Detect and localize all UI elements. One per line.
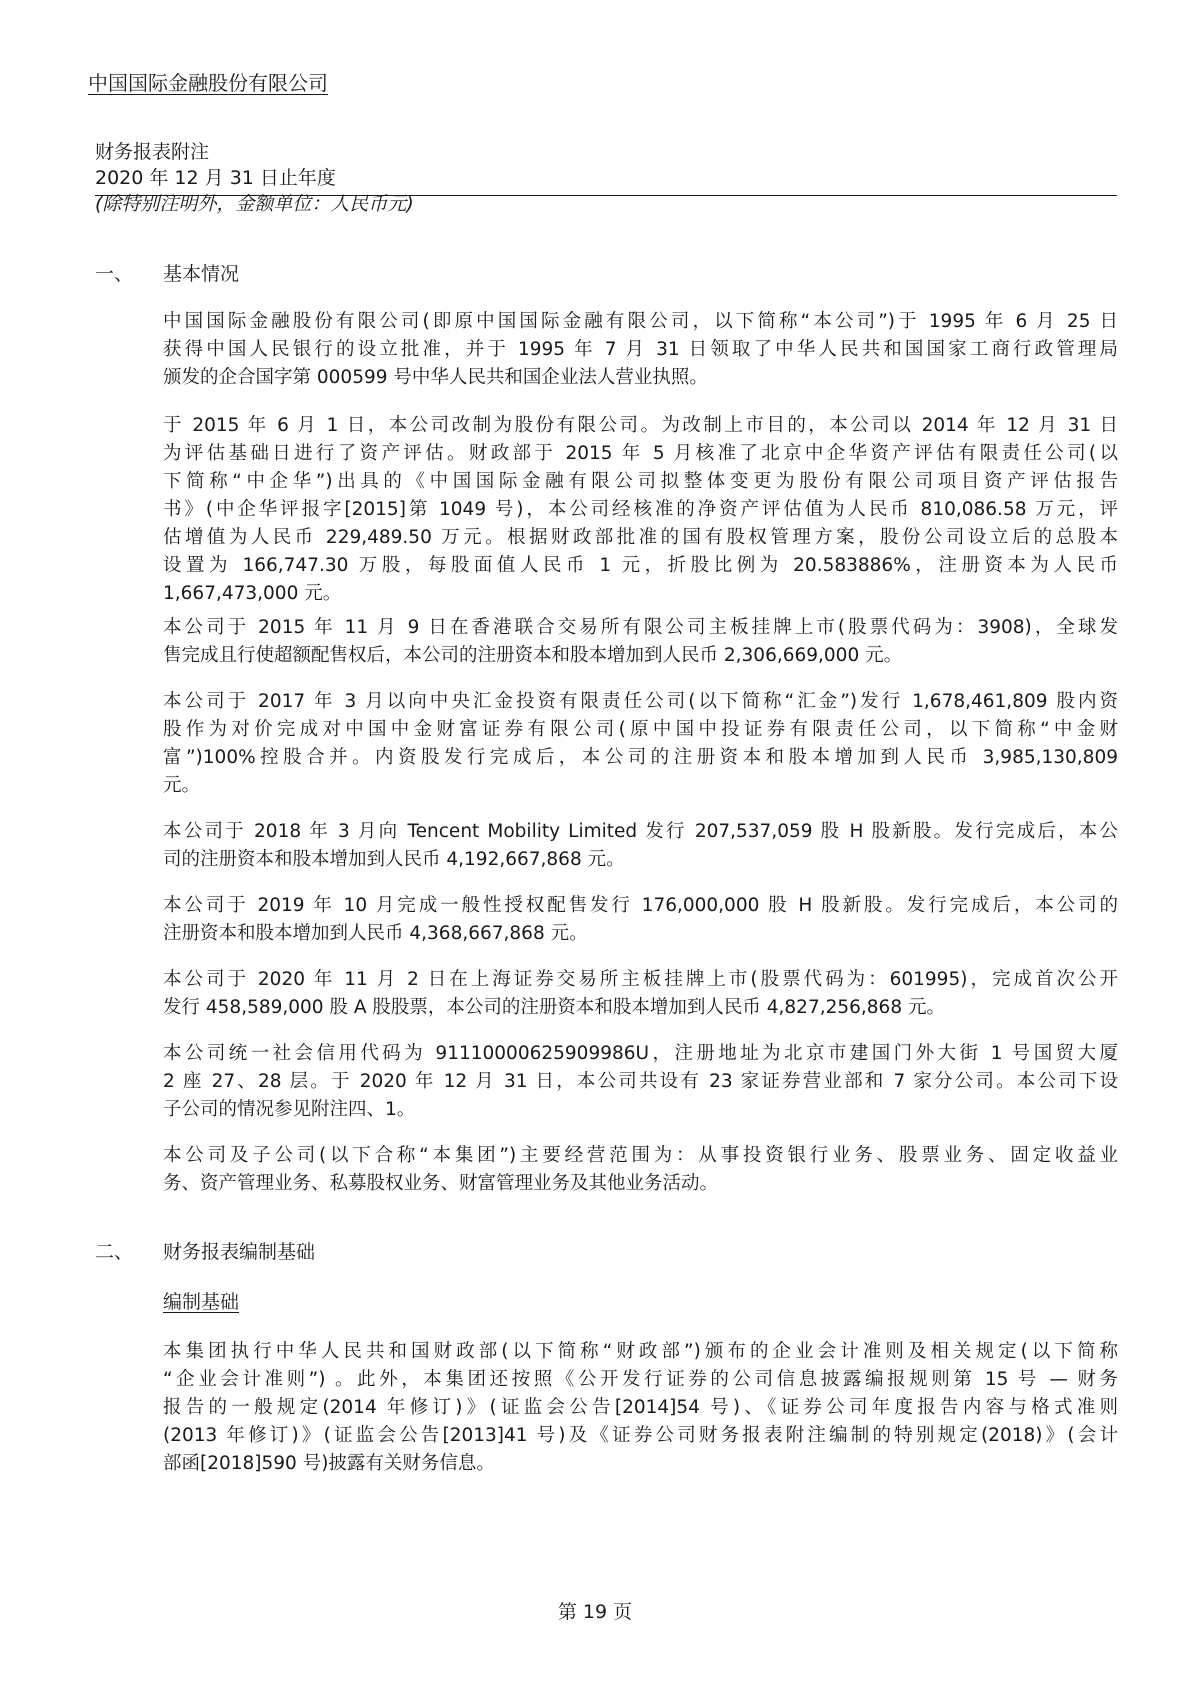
text-line: 本公司于 2017 年 3 月以向中央汇金投资有限责任公司(以下简称“汇金”)发… [163,688,1118,716]
company-name: 中国国际金融股份有限公司 [88,70,328,96]
text-line: “企业会计准则”) 。此外，本集团还按照《公开发行证券的公司信息披露编报规则第 … [163,1366,1118,1394]
page-number: 第 19 页 [0,1600,1190,1624]
text-line: 司的注册资本和股本增加到人民币 4,192,667,868 元。 [163,846,1118,874]
paragraph-preparation-basis: 本集团执行中华人民共和国财政部(以下简称“财政部”)颁布的企业会计准则及相关规定… [163,1338,1118,1478]
paragraph-2019-placement: 本公司于 2019 年 10 月完成一般性授权配售发行 176,000,000 … [163,892,1118,948]
paragraph-tencent-issuance: 本公司于 2018 年 3 月向 Tencent Mobility Limite… [163,818,1118,874]
text-line: 颁发的企合国字第 000599 号中华人民共和国企业法人营业执照。 [163,364,1118,392]
text-line: 股作为对价完成对中国中金财富证券有限公司(原中国中投证券有限责任公司，以下简称“… [163,716,1118,744]
paragraph-company-establishment: 中国国际金融股份有限公司(即原中国国际金融有限公司，以下简称“本公司”)于 19… [163,308,1118,392]
paragraph-business-scope: 本公司及子公司(以下合称“本集团”)主要经营范围为：从事投资银行业务、股票业务、… [163,1142,1118,1198]
paragraph-hk-listing: 本公司于 2015 年 11 月 9 日在香港联合交易所有限公司主板挂牌上市(股… [163,614,1118,670]
reporting-period: 2020 年 12 月 31 日止年度 [95,166,336,190]
text-line: 报告的一般规定(2014 年修订)》(证监会公告[2014]54 号)、《证券公… [163,1394,1118,1422]
text-line: 务、资产管理业务、私募股权业务、财富管理业务及其他业务活动。 [163,1170,1118,1198]
text-line: (2013 年修订)》(证监会公告[2013]41 号)及《证券公司财务报表附注… [163,1422,1118,1450]
text-line: 本公司于 2020 年 11 月 2 日在上海证券交易所主板挂牌上市(股票代码为… [163,966,1118,994]
text-line: 发行 458,589,000 股 A 股股票，本公司的注册资本和股本增加到人民币… [163,994,1118,1022]
text-line: 于 2015 年 6 月 1 日，本公司改制为股份有限公司。为改制上市目的，本公… [163,412,1118,440]
section-2-title: 财务报表编制基础 [163,1240,315,1264]
text-line: 本公司于 2015 年 11 月 9 日在香港联合交易所有限公司主板挂牌上市(股… [163,614,1118,642]
paragraph-huijin-issuance: 本公司于 2017 年 3 月以向中央汇金投资有限责任公司(以下简称“汇金”)发… [163,688,1118,800]
text-line: 注册资本和股本增加到人民币 4,368,667,868 元。 [163,920,1118,948]
text-line: 为评估基础日进行了资产评估。财政部于 2015 年 5 月核准了北京中企华资产评… [163,440,1118,468]
text-line: 富”)100%控股合并。内资股发行完成后，本公司的注册资本和股本增加到人民币 3… [163,744,1118,772]
section-1-number: 一、 [95,262,133,286]
text-line: 获得中国人民银行的设立批准，并于 1995 年 7 月 31 日领取了中华人民共… [163,336,1118,364]
subsection-title: 编制基础 [163,1290,239,1314]
text-line: 1,667,473,000 元。 [163,580,1118,608]
text-line: 本公司于 2018 年 3 月向 Tencent Mobility Limite… [163,818,1118,846]
unit-note: (除特别注明外，金额单位：人民币元) [95,192,414,216]
text-line: 下简称“中企华”)出具的《中国国际金融有限公司拟整体变更为股份有限公司项目资产评… [163,468,1118,496]
text-line: 估增值为人民币 229,489.50 万元。根据财政部批准的国有股权管理方案，股… [163,524,1118,552]
document-title: 财务报表附注 [95,140,209,164]
text-line: 部函[2018]590 号)披露有关财务信息。 [163,1450,1118,1478]
paragraph-registration-info: 本公司统一社会信用代码为 91110000625909986U，注册地址为北京市… [163,1040,1118,1124]
text-line: 本公司统一社会信用代码为 91110000625909986U，注册地址为北京市… [163,1040,1118,1068]
text-line: 2 座 27、28 层。于 2020 年 12 月 31 日，本公司共设有 23… [163,1068,1118,1096]
text-line: 书》(中企华评报字[2015]第 1049 号)，本公司经核准的净资产评估值为人… [163,496,1118,524]
text-line: 本公司于 2019 年 10 月完成一般性授权配售发行 176,000,000 … [163,892,1118,920]
text-line: 设置为 166,747.30 万股，每股面值人民币 1 元，折股比例为 20.5… [163,552,1118,580]
text-line: 售完成且行使超额配售权后，本公司的注册资本和股本增加到人民币 2,306,669… [163,642,1118,670]
text-line: 子公司的情况参见附注四、1。 [163,1096,1118,1124]
text-line: 本公司及子公司(以下合称“本集团”)主要经营范围为：从事投资银行业务、股票业务、… [163,1142,1118,1170]
section-1-title: 基本情况 [163,262,239,286]
text-line: 本集团执行中华人民共和国财政部(以下简称“财政部”)颁布的企业会计准则及相关规定… [163,1338,1118,1366]
text-line: 中国国际金融股份有限公司(即原中国国际金融有限公司，以下简称“本公司”)于 19… [163,308,1118,336]
document-page: 中国国际金融股份有限公司 财务报表附注 2020 年 12 月 31 日止年度 … [0,0,1190,1684]
text-line: 元。 [163,772,1118,800]
paragraph-a-share-listing: 本公司于 2020 年 11 月 2 日在上海证券交易所主板挂牌上市(股票代码为… [163,966,1118,1022]
paragraph-restructuring: 于 2015 年 6 月 1 日，本公司改制为股份有限公司。为改制上市目的，本公… [163,412,1118,608]
section-2-number: 二、 [95,1240,133,1264]
